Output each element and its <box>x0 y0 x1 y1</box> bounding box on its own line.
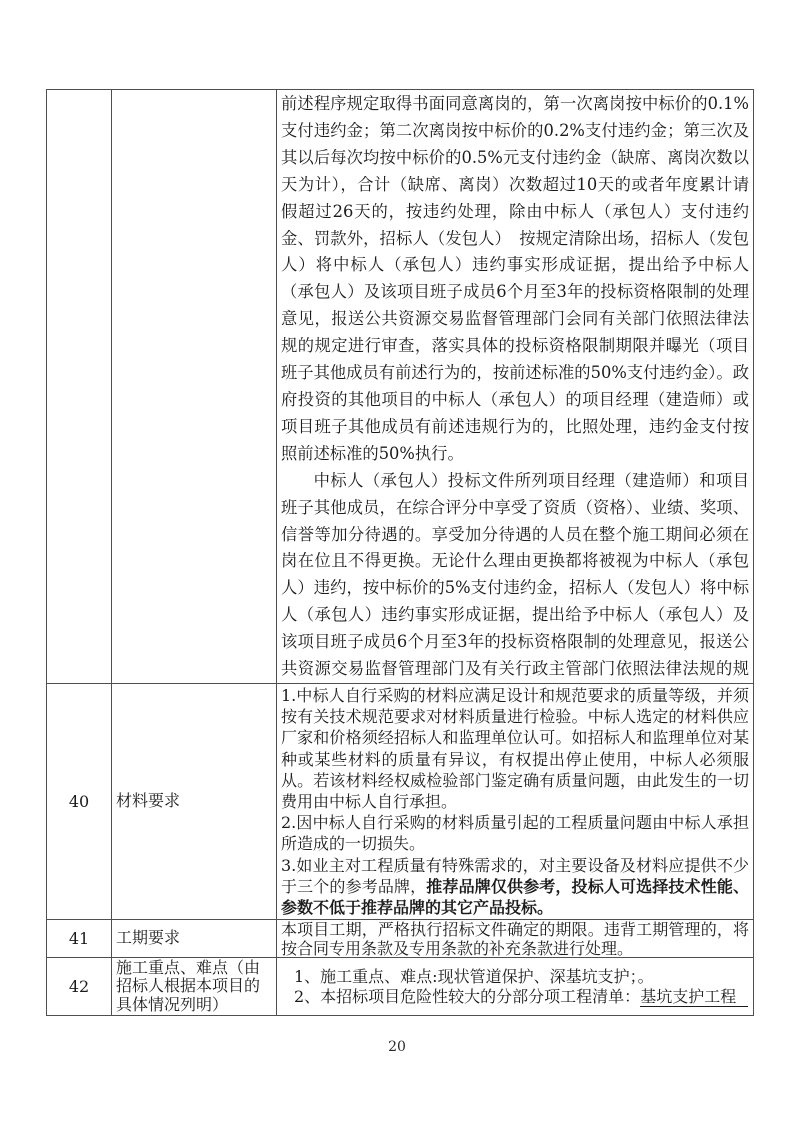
row-40-content-cell: 1.中标人自行采购的材料应满足设计和规范要求的质量等级，并须按有关技术规范要求对… <box>277 684 754 920</box>
row-label-cell-empty <box>112 90 277 684</box>
project-requirements-table: 前述程序规定取得书面同意离岗的，第一次离岗按中标价的0.1%支付违约金；第二次离… <box>46 89 754 1016</box>
row-42-number: 42 <box>47 958 112 1016</box>
row-content-cell: 前述程序规定取得书面同意离岗的，第一次离岗按中标价的0.1%支付违约金；第二次离… <box>277 90 754 684</box>
material-requirement-item-3: 3.如业主对工程质量有特殊需求的，对主要设备及材料应提供不少于三个的参考品牌，推… <box>281 855 749 918</box>
construction-key-point-item-1: 1、施工重点、难点:现状管道保护、深基坑支护；。 <box>281 967 749 987</box>
continuation-content: 前述程序规定取得书面同意离岗的，第一次离岗按中标价的0.1%支付违约金；第二次离… <box>277 90 753 682</box>
continuation-paragraph-2: 中标人（承包人）投标文件所列项目经理（建造师）和项目班子其他成员，在综合评分中享… <box>281 468 749 682</box>
row-42-label: 施工重点、难点（由招标人根据本项目的具体情况列明） <box>112 958 277 1016</box>
page-number: 20 <box>0 1039 794 1055</box>
row-42-content: 1、施工重点、难点:现状管道保护、深基坑支护；。 2、本招标项目危险性较大的分部… <box>277 966 753 1007</box>
construction-key-point-item-2: 2、本招标项目危险性较大的分部分项工程清单：基坑支护工程 <box>281 987 749 1007</box>
row-41-content: 本项目工期，严格执行招标文件确定的期限。违背工期管理的，将按合同专用条款及专用条… <box>277 920 753 957</box>
construction-key-point-item-2-underlined: 基坑支护工程 <box>640 988 748 1007</box>
row-41-label: 工期要求 <box>112 920 277 958</box>
document-page: { "page": { "number": "20" }, "table": {… <box>0 0 794 1122</box>
row-40-content: 1.中标人自行采购的材料应满足设计和规范要求的质量等级，并须按有关技术规范要求对… <box>277 684 753 918</box>
row-40-label: 材料要求 <box>112 684 277 920</box>
row-42-content-cell: 1、施工重点、难点:现状管道保护、深基坑支护；。 2、本招标项目危险性较大的分部… <box>277 958 754 1016</box>
construction-key-point-item-2-normal: 2、本招标项目危险性较大的分部分项工程清单： <box>294 987 640 1006</box>
material-requirement-item-2: 2.因中标人自行采购的材料质量引起的工程质量问题由中标人承担所造成的一切损失。 <box>281 812 749 854</box>
row-number-cell-empty <box>47 90 112 684</box>
table-row-40: 40 材料要求 1.中标人自行采购的材料应满足设计和规范要求的质量等级，并须按有… <box>47 684 754 920</box>
table-row-continuation: 前述程序规定取得书面同意离岗的，第一次离岗按中标价的0.1%支付违约金；第二次离… <box>47 90 754 684</box>
table-row-42: 42 施工重点、难点（由招标人根据本项目的具体情况列明） 1、施工重点、难点:现… <box>47 958 754 1016</box>
row-41-content-cell: 本项目工期，严格执行招标文件确定的期限。违背工期管理的，将按合同专用条款及专用条… <box>277 920 754 958</box>
continuation-paragraph-1: 前述程序规定取得书面同意离岗的，第一次离岗按中标价的0.1%支付违约金；第二次离… <box>281 91 749 468</box>
table-row-41: 41 工期要求 本项目工期，严格执行招标文件确定的期限。违背工期管理的，将按合同… <box>47 920 754 958</box>
row-40-number: 40 <box>47 684 112 920</box>
row-41-number: 41 <box>47 920 112 958</box>
material-requirement-item-1: 1.中标人自行采购的材料应满足设计和规范要求的质量等级，并须按有关技术规范要求对… <box>281 685 749 812</box>
